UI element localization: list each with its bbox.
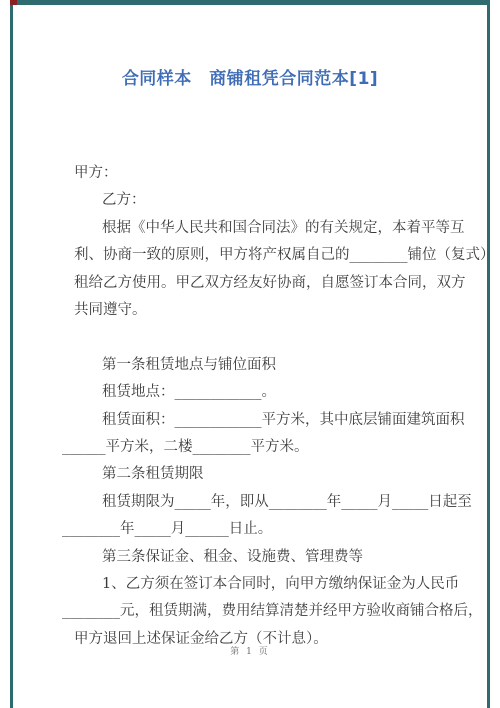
- document-line: 租赁期限为_____年，即从________年_____月_____日起至: [74, 489, 442, 516]
- document-body: 甲方： 乙方： 根据《中华人民共和国合同法》的有关规定，本着平等互 利、协商一致…: [74, 160, 442, 653]
- document-line: 乙方：: [74, 187, 442, 214]
- document-line: 第三条保证金、租金、设施费、管理费等: [74, 544, 442, 571]
- document-line: 根据《中华人民共和国合同法》的有关规定，本着平等互: [74, 215, 442, 242]
- document-line: ______平方米，二楼________平方米。: [62, 434, 442, 461]
- frame-left-border: [10, 0, 13, 708]
- document-line: 租赁地点：____________。: [74, 379, 442, 406]
- page-number: 第 1 页: [0, 644, 500, 657]
- document-line: 1、乙方须在签订本合同时，向甲方缴纳保证金为人民币: [74, 571, 442, 598]
- document-line: 第一条租赁地点与铺位面积: [74, 352, 442, 379]
- frame-top-border: [10, 0, 490, 5]
- document-line: 租赁面积：____________平方米，其中底层铺面建筑面积: [74, 407, 442, 434]
- document-line: 第二条租赁期限: [74, 461, 442, 488]
- document-line: 利、协商一致的原则，甲方将产权属自己的________铺位（复式）: [74, 242, 442, 269]
- document-line: ________年_____月______日止。: [62, 516, 442, 543]
- frame-right-border: [487, 0, 490, 708]
- document-line: 甲方：: [74, 160, 442, 187]
- document-line: ________元，租赁期满，费用结算清楚并经甲方验收商铺合格后，: [62, 598, 442, 625]
- document-line: 租给乙方使用。甲乙双方经友好协商，自愿签订本合同，双方: [74, 270, 442, 297]
- frame-corner-accent: [10, 0, 17, 5]
- document-page: 合同样本 商铺租凭合同范本[1] 甲方： 乙方： 根据《中华人民共和国合同法》的…: [0, 0, 500, 708]
- document-title: 合同样本 商铺租凭合同范本[1]: [0, 64, 500, 89]
- document-line: 共同遵守。: [74, 297, 442, 324]
